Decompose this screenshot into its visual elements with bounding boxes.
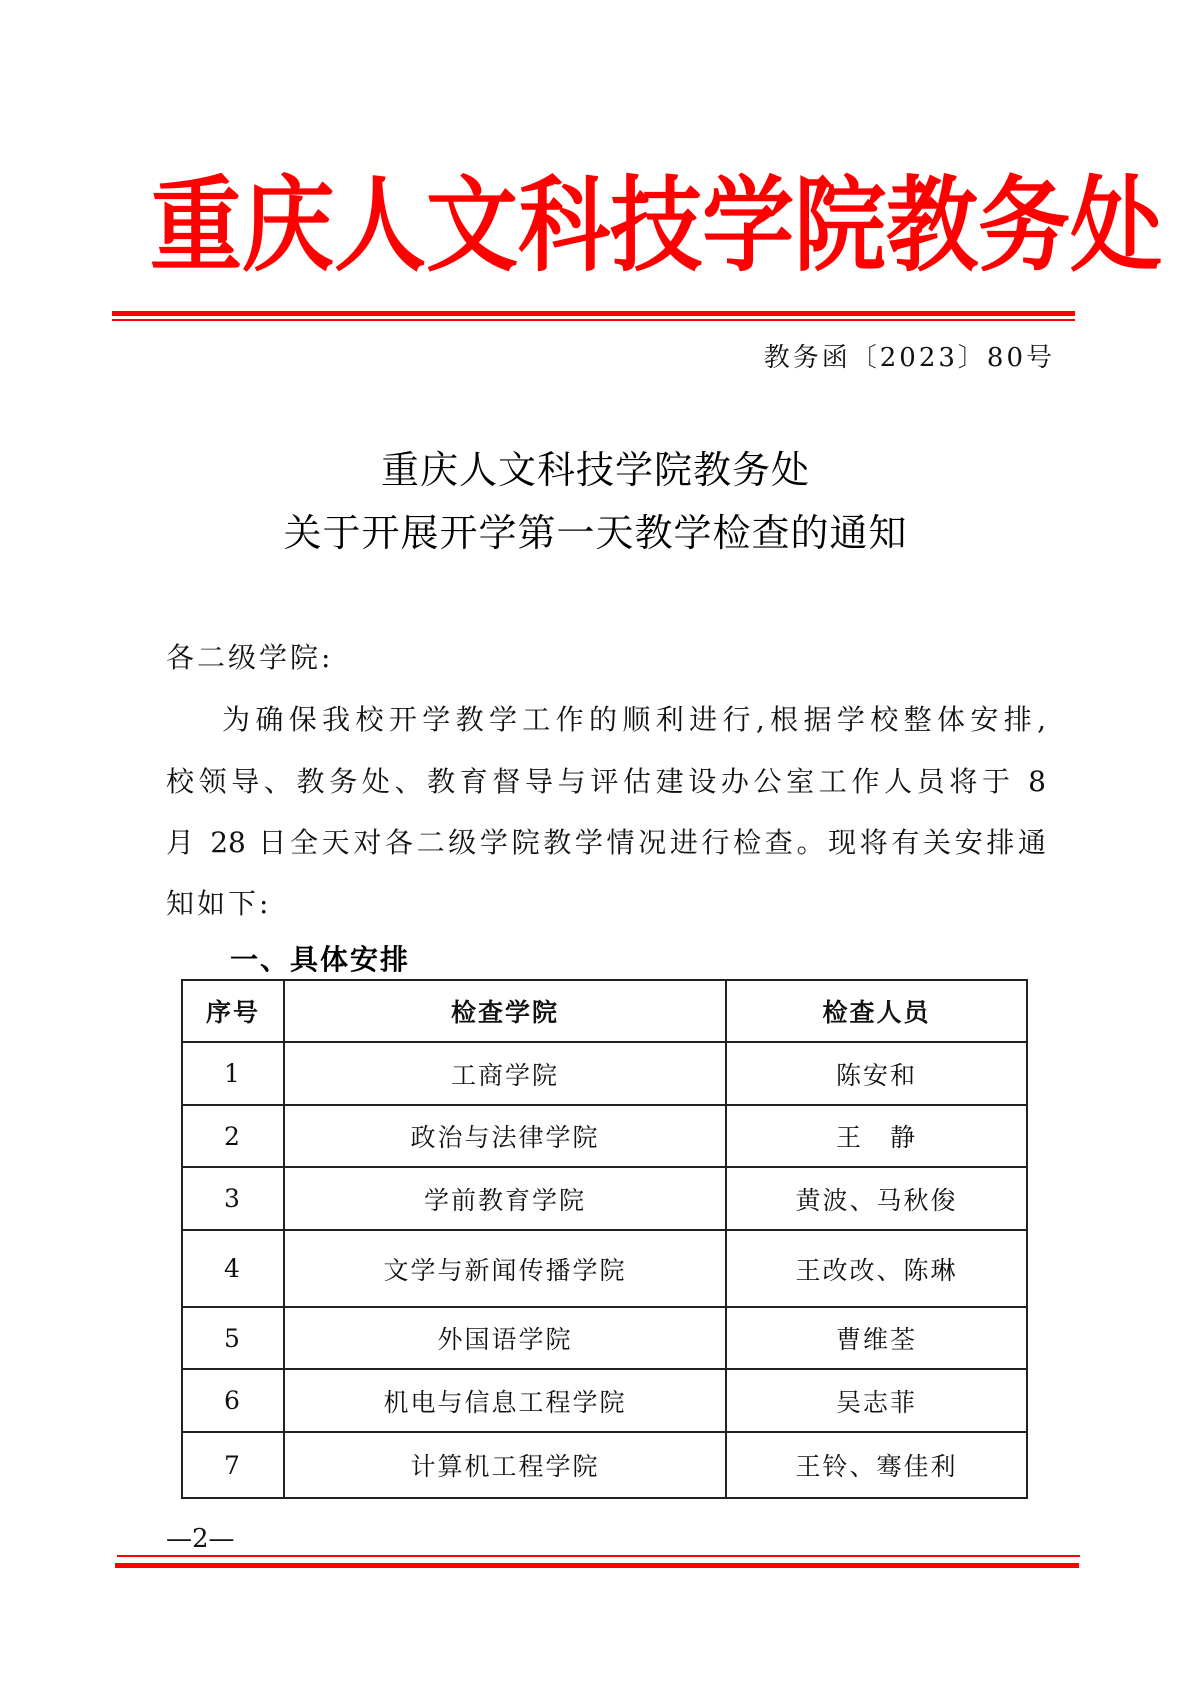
cell-college: 外国语学院 <box>284 1307 726 1369</box>
section-heading: 一、具体安排 <box>230 940 410 980</box>
header-college: 检查学院 <box>284 980 726 1042</box>
salutation: 各二级学院: <box>166 638 1046 678</box>
cell-no: 4 <box>182 1230 284 1307</box>
cell-inspectors: 王改改、陈琳 <box>726 1230 1027 1307</box>
cell-college: 政治与法律学院 <box>284 1105 726 1167</box>
cell-college: 工商学院 <box>284 1042 726 1105</box>
table-row: 3 学前教育学院 黄波、马秋俊 <box>182 1167 1027 1230</box>
header-no: 序号 <box>182 980 284 1042</box>
masthead-char: 重 <box>150 152 242 298</box>
cell-college: 文学与新闻传播学院 <box>284 1230 726 1307</box>
footer-rule-thin <box>117 1555 1080 1557</box>
cell-college: 计算机工程学院 <box>284 1432 726 1498</box>
cell-no: 1 <box>182 1042 284 1105</box>
header-rule-thin <box>112 319 1075 321</box>
cell-inspectors: 王 静 <box>726 1105 1027 1167</box>
page-number: —2— <box>166 1521 235 1557</box>
notice-title-line2: 关于开展开学第一天教学检查的通知 <box>0 508 1191 558</box>
document-page: 重 庆 人 文 科 技 学 院 教 务 处 教务函〔2023〕80号 重庆人文科… <box>0 0 1191 1684</box>
header-rule-thick <box>112 311 1075 316</box>
table-row: 1 工商学院 陈安和 <box>182 1042 1027 1105</box>
cell-inspectors: 陈安和 <box>726 1042 1027 1105</box>
masthead-title: 重 庆 人 文 科 技 学 院 教 务 处 <box>150 152 1050 298</box>
cell-no: 3 <box>182 1167 284 1230</box>
masthead-char: 文 <box>426 152 518 298</box>
cell-no: 2 <box>182 1105 284 1167</box>
header-inspectors: 检查人员 <box>726 980 1027 1042</box>
cell-inspectors: 王铃、骞佳利 <box>726 1432 1027 1498</box>
table-row: 5 外国语学院 曹维荃 <box>182 1307 1027 1369</box>
notice-title-line1: 重庆人文科技学院教务处 <box>0 445 1191 495</box>
masthead-char: 务 <box>978 152 1070 298</box>
cell-college: 机电与信息工程学院 <box>284 1369 726 1432</box>
cell-inspectors: 吴志菲 <box>726 1369 1027 1432</box>
cell-no: 7 <box>182 1432 284 1498</box>
table-row: 2 政治与法律学院 王 静 <box>182 1105 1027 1167</box>
document-number: 教务函〔2023〕80号 <box>764 338 1055 378</box>
paragraph-line: 校领导、教务处、教育督导与评估建设办公室工作人员将于 8 <box>166 762 1046 802</box>
inspection-schedule-table: 序号 检查学院 检查人员 1 工商学院 陈安和 2 政治与法律学院 王 静 3 … <box>181 979 1028 1499</box>
masthead-char: 院 <box>794 152 886 298</box>
masthead-char: 教 <box>886 152 978 298</box>
footer-rule-thick <box>115 1563 1079 1568</box>
masthead-char: 学 <box>702 152 794 298</box>
cell-inspectors: 曹维荃 <box>726 1307 1027 1369</box>
cell-no: 5 <box>182 1307 284 1369</box>
cell-college: 学前教育学院 <box>284 1167 726 1230</box>
table-row: 7 计算机工程学院 王铃、骞佳利 <box>182 1432 1027 1498</box>
cell-inspectors: 黄波、马秋俊 <box>726 1167 1027 1230</box>
masthead-char: 科 <box>518 152 610 298</box>
paragraph-line: 知如下: <box>166 884 1046 924</box>
masthead-char: 人 <box>334 152 426 298</box>
table-row: 4 文学与新闻传播学院 王改改、陈琳 <box>182 1230 1027 1307</box>
table-row: 6 机电与信息工程学院 吴志菲 <box>182 1369 1027 1432</box>
masthead-char: 处 <box>1070 152 1162 298</box>
masthead-char: 庆 <box>242 152 334 298</box>
paragraph-line: 月 28 日全天对各二级学院教学情况进行检查。现将有关安排通 <box>166 823 1046 863</box>
table-header-row: 序号 检查学院 检查人员 <box>182 980 1027 1042</box>
masthead-char: 技 <box>610 152 702 298</box>
paragraph-line: 为确保我校开学教学工作的顺利进行,根据学校整体安排, <box>222 700 1046 740</box>
cell-no: 6 <box>182 1369 284 1432</box>
